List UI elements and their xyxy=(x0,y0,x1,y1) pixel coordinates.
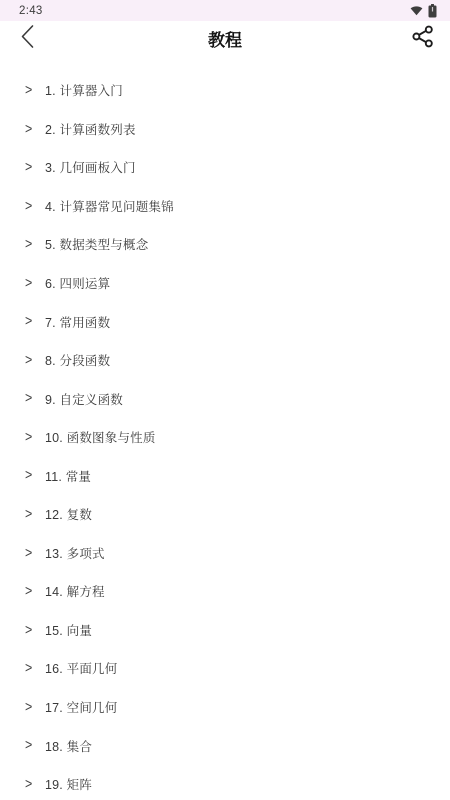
list-item[interactable]: > 11. 常量 xyxy=(0,456,450,495)
chevron-right-icon: > xyxy=(25,661,34,675)
list-item[interactable]: > 17. 空间几何 xyxy=(0,688,450,727)
list-item-label: 1. 计算器入门 xyxy=(45,81,123,99)
list-item-label: 11. 常量 xyxy=(45,467,91,485)
list-item-label: 13. 多项式 xyxy=(45,544,105,562)
list-item[interactable]: > 4. 计算器常见问题集锦 xyxy=(0,187,450,226)
list-item[interactable]: > 15. 向量 xyxy=(0,611,450,650)
list-item-label: 14. 解方程 xyxy=(45,582,105,600)
list-item-label: 3. 几何画板入门 xyxy=(45,158,136,176)
list-item-label: 12. 复数 xyxy=(45,505,92,523)
list-item[interactable]: > 10. 函数图象与性质 xyxy=(0,418,450,457)
list-item[interactable]: > 6. 四则运算 xyxy=(0,264,450,303)
chevron-right-icon: > xyxy=(25,546,34,560)
chevron-right-icon: > xyxy=(25,237,34,251)
app-bar: 教程 xyxy=(0,21,450,55)
chevron-right-icon: > xyxy=(25,430,34,444)
list-item[interactable]: > 8. 分段函数 xyxy=(0,341,450,380)
share-icon xyxy=(412,25,434,51)
chevron-right-icon: > xyxy=(25,122,34,136)
list-item[interactable]: > 16. 平面几何 xyxy=(0,649,450,688)
chevron-right-icon: > xyxy=(25,738,34,752)
list-item[interactable]: > 3. 几何画板入门 xyxy=(0,148,450,187)
list-item-label: 4. 计算器常见问题集锦 xyxy=(45,197,174,215)
list-item[interactable]: > 9. 自定义函数 xyxy=(0,379,450,418)
list-item-label: 6. 四则运算 xyxy=(45,274,110,292)
list-item-label: 19. 矩阵 xyxy=(45,775,92,793)
chevron-right-icon: > xyxy=(25,83,34,97)
chevron-right-icon: > xyxy=(25,160,34,174)
list-item-label: 5. 数据类型与概念 xyxy=(45,235,148,253)
list-item[interactable]: > 19. 矩阵 xyxy=(0,765,450,800)
list-item-label: 18. 集合 xyxy=(45,737,92,755)
list-item[interactable]: > 1. 计算器入门 xyxy=(0,71,450,110)
list-item[interactable]: > 14. 解方程 xyxy=(0,572,450,611)
list-item[interactable]: > 5. 数据类型与概念 xyxy=(0,225,450,264)
chevron-right-icon: > xyxy=(25,623,34,637)
list-item[interactable]: > 12. 复数 xyxy=(0,495,450,534)
chevron-right-icon: > xyxy=(25,469,34,483)
back-button[interactable] xyxy=(10,21,44,55)
chevron-right-icon: > xyxy=(25,584,34,598)
battery-icon xyxy=(428,4,437,18)
chevron-right-icon: > xyxy=(25,391,34,405)
chevron-right-icon: > xyxy=(25,700,34,714)
wifi-icon xyxy=(410,5,423,16)
page-title: 教程 xyxy=(0,26,450,51)
chevron-right-icon: > xyxy=(25,507,34,521)
list-item[interactable]: > 18. 集合 xyxy=(0,726,450,765)
list-item[interactable]: > 2. 计算函数列表 xyxy=(0,110,450,149)
chevron-right-icon: > xyxy=(25,314,34,328)
list-item-label: 17. 空间几何 xyxy=(45,698,117,716)
chevron-right-icon: > xyxy=(25,777,34,791)
list-item-label: 10. 函数图象与性质 xyxy=(45,428,156,446)
share-button[interactable] xyxy=(406,21,440,55)
list-item-label: 9. 自定义函数 xyxy=(45,390,123,408)
list-item-label: 2. 计算函数列表 xyxy=(45,120,136,138)
status-icons xyxy=(410,4,437,18)
status-bar: 2:43 xyxy=(0,0,450,21)
list-item-label: 7. 常用函数 xyxy=(45,313,110,331)
list-item[interactable]: > 7. 常用函数 xyxy=(0,302,450,341)
chevron-right-icon: > xyxy=(25,353,34,367)
chevron-right-icon: > xyxy=(25,276,34,290)
list-item-label: 16. 平面几何 xyxy=(45,659,117,677)
tutorial-list: > 1. 计算器入门 > 2. 计算函数列表 > 3. 几何画板入门 > 4. … xyxy=(0,71,450,800)
list-item-label: 15. 向量 xyxy=(45,621,92,639)
chevron-right-icon: > xyxy=(25,199,34,213)
back-chevron-icon xyxy=(20,24,35,52)
list-item[interactable]: > 13. 多项式 xyxy=(0,534,450,573)
status-time: 2:43 xyxy=(19,5,43,17)
list-item-label: 8. 分段函数 xyxy=(45,351,110,369)
